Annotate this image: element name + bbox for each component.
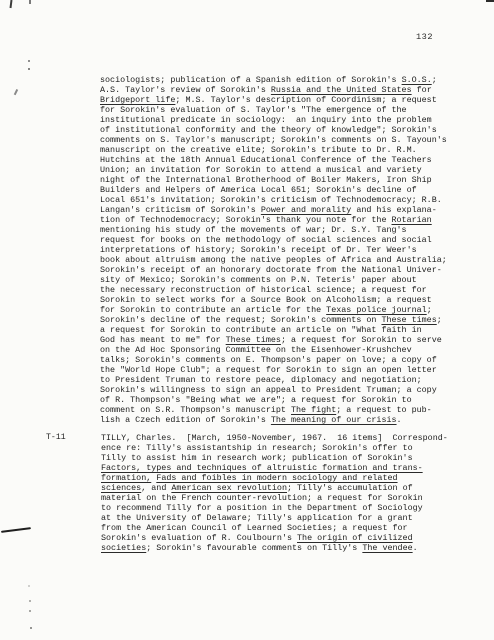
- text-line: mentioning his study of the movements of…: [100, 225, 447, 235]
- text-line: God has meant to me" for These times; a …: [100, 335, 447, 345]
- text-line: societies; Sorokin's favourable comments…: [101, 543, 448, 553]
- text-line: Local 651's invitation; Sorokin's critic…: [100, 195, 447, 205]
- scan-speck: [29, 600, 31, 602]
- text-line: comments on S. Taylor's manuscript; Soro…: [100, 135, 447, 145]
- text-line: Hutchins at the 18th Annual Educational …: [100, 155, 447, 165]
- margin-pencil-dash: [1, 527, 31, 533]
- text-line: TILLY, Charles. [March, 1950-November, 1…: [101, 433, 448, 443]
- scan-speck: [29, 610, 31, 612]
- text-line: Sorokin's receipt of an honorary doctora…: [100, 265, 447, 275]
- text-line: on the Ad Hoc Sponsoring Committee on th…: [100, 345, 447, 355]
- scan-speck: [28, 585, 30, 587]
- inventory-paragraph-continuation: sociologists; publication of a Spanish e…: [100, 75, 447, 425]
- text-line: Bridgeport life; M.S. Taylor's descripti…: [100, 95, 447, 105]
- text-line: Sorokin to select works for a Source Boo…: [100, 295, 447, 305]
- text-line: for Sorokin to contribute an article for…: [100, 305, 447, 315]
- text-line: Factors, types and techniques of altruis…: [101, 463, 448, 473]
- text-line: comment on S.R. Thompson's manuscript Th…: [100, 405, 447, 415]
- scan-speck: [30, 627, 32, 629]
- text-line: a request for Sorokin to contribute an a…: [100, 325, 447, 335]
- entry-label: T-11: [46, 433, 66, 443]
- scan-artifact-dot: [28, 68, 30, 70]
- text-line: Tilly to assist him in research work; pu…: [101, 453, 448, 463]
- text-line: Builders and Helpers of America Local 65…: [100, 185, 447, 195]
- text-line: of institutional conformity and the theo…: [100, 125, 447, 135]
- text-line: Langan's criticism of Sorokin's Power an…: [100, 205, 447, 215]
- text-line: A.S. Taylor's review of Sorokin's Russia…: [100, 85, 447, 95]
- text-line: to recommend Tilly for a position in the…: [101, 503, 448, 513]
- text-line: formation, Fads and foibles in modern so…: [101, 473, 448, 483]
- text-line: institutional predicate in sociology: an…: [100, 115, 447, 125]
- scan-artifact-dash: [486, 0, 494, 2]
- text-line: sociologists; publication of a Spanish e…: [100, 75, 447, 85]
- text-line: manuscript on the creative elite; Soroki…: [100, 145, 447, 155]
- text-line: Sorokin's evaluation of R. Coulbourn's T…: [101, 533, 448, 543]
- text-line: Sorokin's willingness to sign an appeal …: [100, 385, 447, 395]
- text-line: sity of Mexico; Sorokin's comments on P.…: [100, 275, 447, 285]
- scan-artifact-tick: [29, 0, 31, 4]
- scan-artifact-slash: [14, 89, 18, 95]
- text-line: the "World Hope Club"; a request for Sor…: [100, 365, 447, 375]
- scan-artifact-tick: [10, 0, 13, 8]
- text-line: material on the French counter-revolutio…: [101, 493, 448, 503]
- text-line: interpretations of history; Sorokin's re…: [100, 245, 447, 255]
- scan-artifact-dot: [28, 60, 30, 62]
- text-line: the necessary reconstruction of historic…: [100, 285, 447, 295]
- text-line: Sorokin's decline of the request; Soroki…: [100, 315, 447, 325]
- text-line: to President Truman to restore peace, di…: [100, 375, 447, 385]
- text-line: Union; an invitation for Sorokin to atte…: [100, 165, 447, 175]
- text-line: talks; Sorokin's comments on E. Thompson…: [100, 355, 447, 365]
- text-line: for Sorokin's evaluation of S. Taylor's …: [100, 105, 447, 115]
- text-line: sciences, and American sex revolution; T…: [101, 483, 448, 493]
- page-number: 132: [416, 32, 433, 42]
- text-line: lish a Czech edition of Sorokin's The me…: [100, 415, 447, 425]
- scanned-page: 132 sociologists; publication of a Spani…: [0, 0, 494, 640]
- inventory-entry-t11: T-11 TILLY, Charles. [March, 1950-Novemb…: [101, 433, 448, 553]
- text-line: of R. Thompson's "Being what we are"; a …: [100, 395, 447, 405]
- text-line: from the American Council of Learned Soc…: [101, 523, 448, 533]
- text-line: request for books on the methodology of …: [100, 235, 447, 245]
- text-line: at the University of Delaware; Tilly's a…: [101, 513, 448, 523]
- text-line: night of the International Brotherhood o…: [100, 175, 447, 185]
- text-line: ence re: Tilly's assistantship in resear…: [101, 443, 448, 453]
- text-line: book about altruism among the native peo…: [100, 255, 447, 265]
- text-line: tion of Technodemocracy; Sorokin's thank…: [100, 215, 447, 225]
